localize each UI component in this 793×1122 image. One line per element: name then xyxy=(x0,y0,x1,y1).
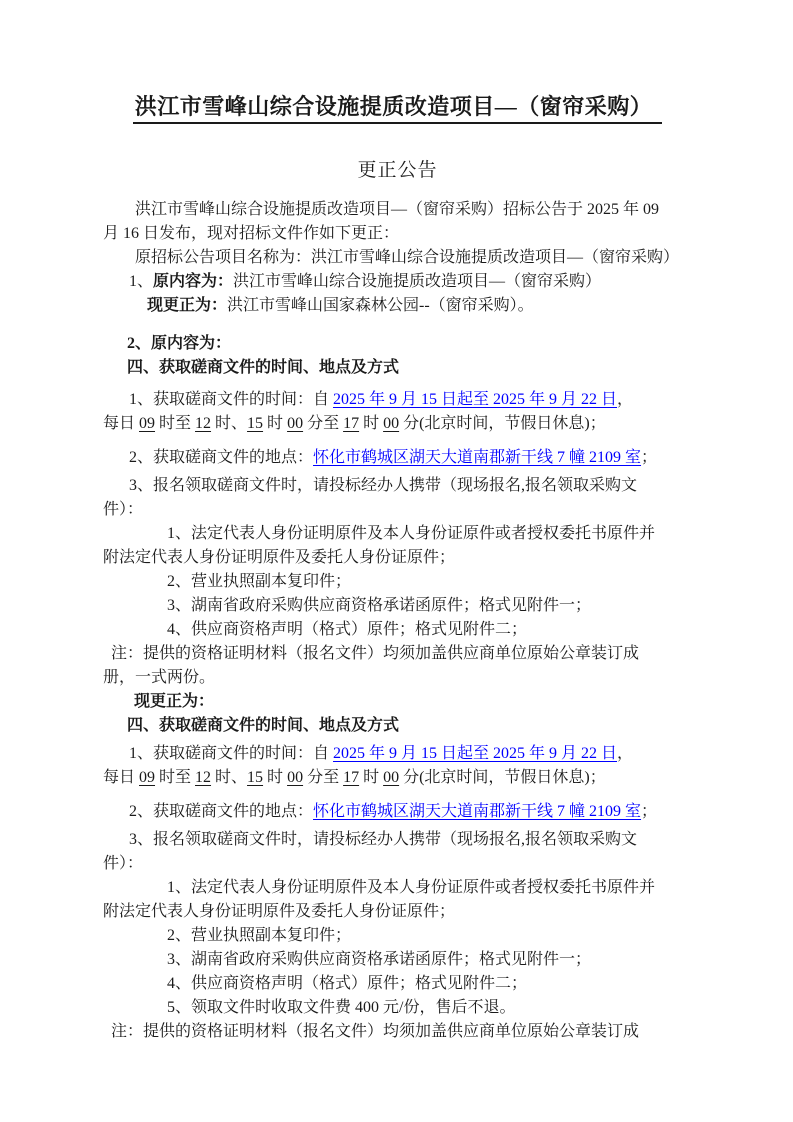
paragraph: 3、湖南省政府采购供应商资格承诺函原件；格式见附件一； xyxy=(103,948,692,972)
text-segment: 3、湖南省政府采购供应商资格承诺函原件；格式见附件一； xyxy=(167,597,591,614)
text-segment: 1、获取磋商文件的时间：自 xyxy=(129,391,333,408)
text-segment: 附法定代表人身份证明原件及委托人身份证原件； xyxy=(103,903,455,920)
text-segment: 时 xyxy=(263,415,287,432)
hyperlink[interactable]: 怀化市鹤城区湖天大道南郡新干线 7 幢 2109 室 xyxy=(313,803,641,820)
text-segment: 现更正为： xyxy=(134,693,214,710)
text-segment: 12 xyxy=(195,769,211,786)
paragraph: 2、获取磋商文件的地点：怀化市鹤城区湖天大道南郡新干线 7 幢 2109 室； xyxy=(103,800,692,824)
paragraph: 5、领取文件时收取文件费 400 元/份，售后不退。 xyxy=(103,996,692,1020)
document-title: 洪江市雪峰山综合设施提质改造项目—（窗帘采购） xyxy=(103,92,692,122)
text-segment: 时 xyxy=(359,415,383,432)
text-segment: 分至 xyxy=(303,769,343,786)
paragraph: 四、获取磋商文件的时间、地点及方式 xyxy=(103,714,692,738)
text-segment: ； xyxy=(641,449,657,466)
text-segment: 分(北京时间，节假日休息)； xyxy=(399,769,606,786)
paragraph: 2、营业执照副本复印件； xyxy=(103,570,692,594)
text-segment: 原内容为： xyxy=(153,273,233,290)
text-segment: 件）： xyxy=(103,855,143,872)
text-segment: 时至 xyxy=(155,769,195,786)
text-segment: 附法定代表人身份证明原件及委托人身份证原件； xyxy=(103,549,455,566)
paragraph: 2、获取磋商文件的地点：怀化市鹤城区湖天大道南郡新干线 7 幢 2109 室； xyxy=(103,446,692,470)
text-segment: 原招标公告项目名称为：洪江市雪峰山综合设施提质改造项目—（窗帘采购） xyxy=(135,249,679,266)
text-segment: 00 xyxy=(287,769,303,786)
text-segment: 09 xyxy=(139,769,155,786)
text-segment: 2、获取磋商文件的地点： xyxy=(129,449,313,466)
paragraph: 现更正为：洪江市雪峰山国家森林公园--（窗帘采购）。 xyxy=(103,294,692,318)
paragraph: 原招标公告项目名称为：洪江市雪峰山综合设施提质改造项目—（窗帘采购） xyxy=(103,246,692,270)
text-segment: 四、获取磋商文件的时间、地点及方式 xyxy=(127,717,399,734)
paragraph: 1、获取磋商文件的时间：自 2025 年 9 月 15 日起至 2025 年 9… xyxy=(103,742,692,790)
text-segment: 3、报名领取磋商文件时，请投标经办人携带（现场报名,报名领取采购文 xyxy=(129,477,637,494)
text-segment: 3、湖南省政府采购供应商资格承诺函原件；格式见附件一； xyxy=(167,951,591,968)
paragraph: 注：提供的资格证明材料（报名文件）均须加盖供应商单位原始公章装订成 xyxy=(103,1020,692,1044)
paragraph: 洪江市雪峰山综合设施提质改造项目—（窗帘采购）招标公告于 2025 年 09月 … xyxy=(103,198,692,246)
paragraph: 1、法定代表人身份证明原件及本人身份证原件或者授权委托书原件并附法定代表人身份证… xyxy=(103,876,692,924)
paragraph: 现更正为： xyxy=(103,690,692,714)
text-segment: 时、 xyxy=(211,415,247,432)
text-segment: 1、获取磋商文件的时间：自 xyxy=(129,745,333,762)
text-segment: 3、报名领取磋商文件时，请投标经办人携带（现场报名,报名领取采购文 xyxy=(129,831,637,848)
text-segment: 时、 xyxy=(211,769,247,786)
text-segment: 时至 xyxy=(155,415,195,432)
paragraph: 1、法定代表人身份证明原件及本人身份证原件或者授权委托书原件并附法定代表人身份证… xyxy=(103,522,692,570)
text-segment: 15 xyxy=(247,769,263,786)
text-segment: 4、供应商资格声明（格式）原件；格式见附件二； xyxy=(167,975,527,992)
text-segment: 17 xyxy=(343,415,359,432)
text-segment: 17 xyxy=(343,769,359,786)
document-page: 洪江市雪峰山综合设施提质改造项目—（窗帘采购） 更正公告 洪江市雪峰山综合设施提… xyxy=(0,0,793,1122)
text-segment: 月 16 日发布，现对招标文件作如下更正： xyxy=(103,225,399,242)
text-segment: 每日 xyxy=(103,769,139,786)
text-segment: 1、法定代表人身份证明原件及本人身份证原件或者授权委托书原件并 xyxy=(167,525,655,542)
paragraph: 1、获取磋商文件的时间：自 2025 年 9 月 15 日起至 2025 年 9… xyxy=(103,388,692,436)
text-segment: ； xyxy=(641,803,657,820)
hyperlink[interactable]: 2025 年 9 月 15 日起至 2025 年 9 月 22 日 xyxy=(333,745,617,762)
text-segment: 注：提供的资格证明材料（报名文件）均须加盖供应商单位原始公章装订成 xyxy=(111,645,639,662)
text-segment: 2、获取磋商文件的地点： xyxy=(129,803,313,820)
text-segment: 时 xyxy=(359,769,383,786)
document-subtitle: 更正公告 xyxy=(103,158,692,184)
paragraph: 1、原内容为：洪江市雪峰山综合设施提质改造项目—（窗帘采购） xyxy=(103,270,692,294)
paragraph: 注：提供的资格证明材料（报名文件）均须加盖供应商单位原始公章装订成册，一式两份。 xyxy=(103,642,692,690)
text-segment: 洪江市雪峰山综合设施提质改造项目—（窗帘采购）招标公告于 2025 年 09 xyxy=(135,201,659,218)
paragraph: 4、供应商资格声明（格式）原件；格式见附件二； xyxy=(103,618,692,642)
paragraph: 2、营业执照副本复印件； xyxy=(103,924,692,948)
text-segment: 四、获取磋商文件的时间、地点及方式 xyxy=(127,359,399,376)
text-segment: 00 xyxy=(383,415,399,432)
document-content: 洪江市雪峰山综合设施提质改造项目—（窗帘采购） 更正公告 洪江市雪峰山综合设施提… xyxy=(103,92,692,1044)
paragraph: 四、获取磋商文件的时间、地点及方式 xyxy=(103,356,692,380)
hyperlink[interactable]: 怀化市鹤城区湖天大道南郡新干线 7 幢 2109 室 xyxy=(313,449,641,466)
text-segment: 00 xyxy=(383,769,399,786)
text-segment: 洪江市雪峰山国家森林公园--（窗帘采购）。 xyxy=(227,297,534,314)
text-segment: ， xyxy=(617,745,633,762)
text-segment: 09 xyxy=(139,415,155,432)
paragraph: 4、供应商资格声明（格式）原件；格式见附件二； xyxy=(103,972,692,996)
hyperlink[interactable]: 2025 年 9 月 15 日起至 2025 年 9 月 22 日 xyxy=(333,391,617,408)
text-segment: 12 xyxy=(195,415,211,432)
text-segment: 时 xyxy=(263,769,287,786)
paragraph: 3、湖南省政府采购供应商资格承诺函原件；格式见附件一； xyxy=(103,594,692,618)
document-body: 洪江市雪峰山综合设施提质改造项目—（窗帘采购）招标公告于 2025 年 09月 … xyxy=(103,198,692,1044)
text-segment: 册，一式两份。 xyxy=(103,669,215,686)
text-segment: 15 xyxy=(247,415,263,432)
text-segment: 洪江市雪峰山综合设施提质改造项目—（窗帘采购） xyxy=(233,273,601,290)
text-segment: 4、供应商资格声明（格式）原件；格式见附件二； xyxy=(167,621,527,638)
paragraph: 3、报名领取磋商文件时，请投标经办人携带（现场报名,报名领取采购文件）： xyxy=(103,828,692,876)
text-segment: 件）： xyxy=(103,501,143,518)
text-segment: 2、营业执照副本复印件； xyxy=(167,573,351,590)
text-segment: 1、 xyxy=(129,273,153,290)
text-segment: 1、法定代表人身份证明原件及本人身份证原件或者授权委托书原件并 xyxy=(167,879,655,896)
text-segment: 分至 xyxy=(303,415,343,432)
paragraph: 2、原内容为： xyxy=(103,332,692,356)
text-segment: 分(北京时间，节假日休息)； xyxy=(399,415,606,432)
paragraph: 3、报名领取磋商文件时，请投标经办人携带（现场报名,报名领取采购文件）： xyxy=(103,474,692,522)
text-segment: 2、原内容为： xyxy=(127,335,231,352)
text-segment: 注：提供的资格证明材料（报名文件）均须加盖供应商单位原始公章装订成 xyxy=(111,1023,639,1040)
text-segment: 5、领取文件时收取文件费 400 元/份，售后不退。 xyxy=(167,999,515,1016)
text-segment: 每日 xyxy=(103,415,139,432)
text-segment: 现更正为： xyxy=(147,297,227,314)
text-segment: ， xyxy=(617,391,633,408)
text-segment: 00 xyxy=(287,415,303,432)
text-segment: 2、营业执照副本复印件； xyxy=(167,927,351,944)
document-title-text: 洪江市雪峰山综合设施提质改造项目—（窗帘采购） xyxy=(133,94,663,124)
